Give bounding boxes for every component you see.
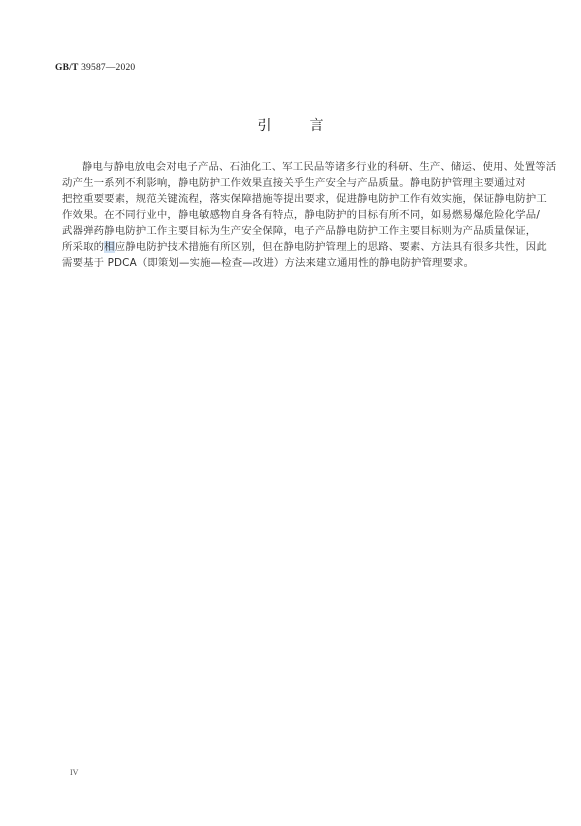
paragraph-line-5: 武器弹药静电防护工作主要目标为生产安全保障，电子产品静电防护工作主要目标则为产品… (62, 223, 522, 239)
line-6-rest: 应静电防护技术措施有所区别，但在静电防护管理上的思路、要素、方法具有很多共性，因… (115, 241, 547, 253)
paragraph-line-7: 需要基于 PDCA（即策划—实施—检查—改进）方法来建立通用性的静电防护管理要求… (62, 255, 522, 271)
paragraph-line-1: 静电与静电放电会对电子产品、石油化工、军工民品等诸多行业的科研、生产、储运、使用… (62, 159, 522, 175)
page-title: 引言 (0, 115, 581, 135)
page-number: IV (70, 768, 78, 777)
standard-prefix: GB/T (55, 63, 79, 73)
paragraph-line-4: 作效果。在不同行业中，静电敏感物自身各有特点，静电防护的目标有所不同，如易燃易爆… (62, 207, 522, 223)
text-selection-highlight[interactable]: 相 (104, 241, 115, 253)
introduction-paragraph: 静电与静电放电会对电子产品、石油化工、军工民品等诸多行业的科研、生产、储运、使用… (62, 159, 522, 271)
paragraph-line-2: 动产生一系列不利影响，静电防护工作效果直接关乎生产安全与产品质量。静电防护管理主… (62, 175, 522, 191)
paragraph-line-3: 把控重要要素，规范关键流程，落实保障措施等提出要求，促进静电防护工作有效实施，保… (62, 191, 522, 207)
title-char-2: 言 (310, 115, 324, 135)
line-6-start: 所采取的 (62, 241, 104, 253)
standard-number: 39587—2020 (81, 63, 135, 73)
title-char-1: 引 (258, 115, 272, 135)
paragraph-line-6: 所采取的相应静电防护技术措施有所区别，但在静电防护管理上的思路、要素、方法具有很… (62, 239, 522, 255)
standard-code: GB/T 39587—2020 (55, 63, 135, 73)
